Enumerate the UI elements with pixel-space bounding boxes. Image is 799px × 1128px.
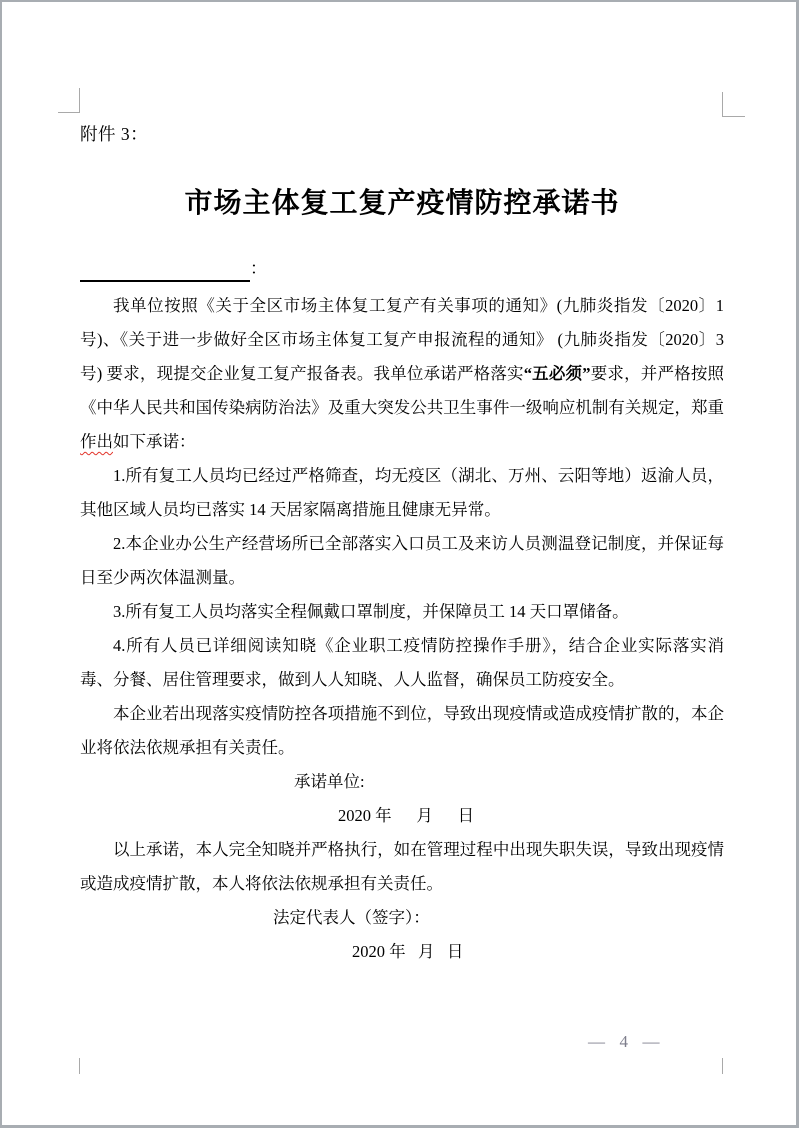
intro-text-part3: 如下承诺： — [113, 432, 196, 451]
unit-signature-date: 2020 年 月 日 — [80, 799, 724, 833]
liability-paragraph: 本企业若出现落实疫情防控各项措施不到位，导致出现疫情或造成疫情扩散的，本企业将依… — [80, 697, 724, 765]
commitment-item-3: 3.所有复工人员均落实全程佩戴口罩制度，并保障员工 14 天口罩储备。 — [80, 595, 724, 629]
representative-signature-label: 法定代表人（签字）： — [80, 901, 724, 935]
attachment-label: 附件 3： — [80, 121, 148, 146]
crop-mark-top-left — [58, 88, 80, 113]
salutation-colon: ： — [250, 259, 267, 278]
intro-spellcheck-word: 作出 — [80, 432, 113, 451]
crop-mark-top-right — [722, 92, 745, 117]
intro-paragraph: 我单位按照《关于全区市场主体复工复产有关事项的通知》(九肺炎指发〔2020〕1 … — [80, 289, 724, 459]
commitment-item-2: 2.本企业办公生产经营场所已全部落实入口员工及来访人员测温登记制度，并保证每日至… — [80, 527, 724, 595]
document-body: 我单位按照《关于全区市场主体复工复产有关事项的通知》(九肺炎指发〔2020〕1 … — [80, 289, 724, 969]
commitment-item-4: 4.所有人员已详细阅读知晓《企业职工疫情防控操作手册》，结合企业实际落实消毒、分… — [80, 629, 724, 697]
commitment-item-1: 1.所有复工人员均已经过严格筛查，均无疫区（湖北、万州、云阳等地）返渝人员，其他… — [80, 459, 724, 527]
document-title: 市场主体复工复产疫情防控承诺书 — [80, 181, 724, 221]
salutation-line: ： — [80, 256, 267, 284]
unit-signature-label: 承诺单位: — [80, 765, 724, 799]
company-name-blank-field[interactable] — [80, 258, 250, 282]
page-number: — 4 — — [588, 1032, 662, 1052]
crop-mark-bottom-left — [79, 1058, 80, 1074]
document-page: 附件 3： 市场主体复工复产疫情防控承诺书 ： 我单位按照《关于全区市场主体复工… — [0, 0, 799, 1128]
representative-signature-date: 2020 年 月 日 — [80, 935, 724, 969]
personal-commitment-paragraph: 以上承诺，本人完全知晓并严格执行，如在管理过程中出现失职失误，导致出现疫情或造成… — [80, 833, 724, 901]
crop-mark-bottom-right — [722, 1058, 723, 1074]
intro-bold-term: “五必须” — [524, 364, 591, 383]
